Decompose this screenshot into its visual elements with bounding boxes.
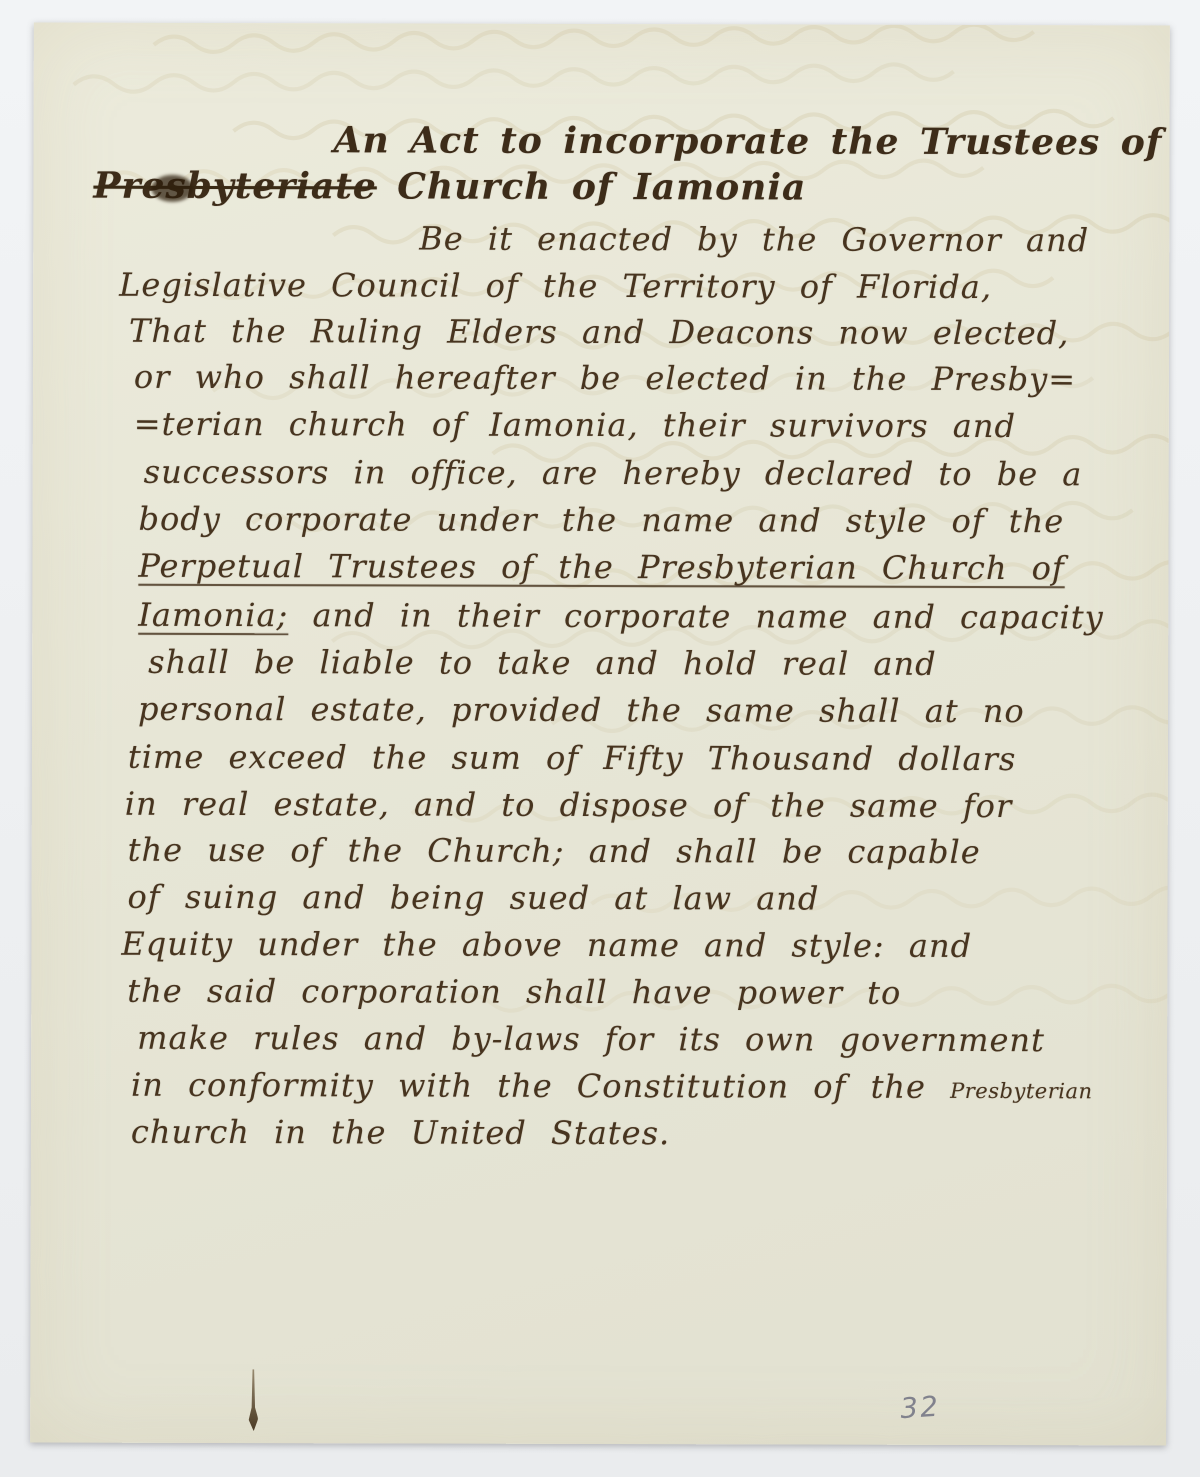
text-segment: make rules and by-laws for its own gover… (137, 1019, 1045, 1059)
manuscript-line: personal estate, provided the same shall… (138, 690, 1025, 730)
manuscript-line: That the Ruling Elders and Deacons now e… (129, 312, 1069, 352)
manuscript-line: time exceed the sum of Fifty Thousand do… (128, 738, 1016, 778)
manuscript-line: the said corporation shall have power to (127, 972, 901, 1012)
manuscript-line: in conformity with the Constitution of t… (131, 1066, 1093, 1107)
text-segment: body corporate under the name and style … (139, 500, 1065, 540)
text-segment: time exceed the sum of Fifty Thousand do… (128, 738, 1016, 778)
text-segment: An Act to incorporate the Trustees of th… (333, 119, 1169, 163)
text-segment: That the Ruling Elders and Deacons now e… (129, 312, 1069, 352)
text-segment: Church of Iamonia (377, 165, 807, 208)
text-segment: the use of the Church; and shall be capa… (128, 831, 981, 871)
manuscript-line: Iamonia; and in their corporate name and… (138, 596, 1103, 637)
manuscript-line: =terian church of Iamonia, their survivo… (134, 405, 1016, 445)
manuscript-line: Legislative Council of the Territory of … (119, 266, 992, 306)
manuscript-text-layer: An Act to incorporate the Trustees of th… (30, 23, 1170, 1446)
text-segment: Equity under the above name and style: a… (121, 925, 972, 965)
text-segment: shall be liable to take and hold real an… (148, 643, 937, 683)
manuscript-line: shall be liable to take and hold real an… (148, 643, 937, 683)
manuscript-line: body corporate under the name and style … (139, 500, 1065, 540)
text-segment: and in their corporate name and capacity (288, 596, 1103, 636)
document-page: An Act to incorporate the Trustees of th… (30, 23, 1170, 1446)
text-segment: =terian church of Iamonia, their survivo… (134, 405, 1016, 445)
ink-blot (151, 175, 193, 202)
text-segment: or who shall hereafter be elected in the… (134, 358, 1076, 398)
text-segment: Presbyterian (950, 1079, 1092, 1103)
text-segment: in conformity with the Constitution of t… (131, 1066, 950, 1106)
pencil-page-number: 32 (899, 1390, 941, 1426)
text-segment: Legislative Council of the Territory of … (119, 266, 992, 306)
manuscript-line: Perpetual Trustees of the Presbyterian C… (138, 547, 1064, 587)
manuscript-line: of suing and being sued at law and (128, 878, 820, 918)
manuscript-line: or who shall hereafter be elected in the… (134, 358, 1076, 398)
text-segment: the said corporation shall have power to (127, 972, 901, 1012)
text-segment: church in the United States. (131, 1113, 670, 1152)
manuscript-line: An Act to incorporate the Trustees of th… (333, 119, 1169, 163)
text-segment: in real estate, and to dispose of the sa… (125, 785, 1013, 825)
manuscript-line: make rules and by-laws for its own gover… (137, 1019, 1045, 1059)
underlined-text: Perpetual Trustees of the Presbyterian C… (138, 547, 1064, 587)
manuscript-line: Be it enacted by the Governor and (419, 220, 1089, 260)
manuscript-line: Presbyteriate Church of Iamonia (93, 165, 806, 209)
struck-out-text: Presbyteriate (93, 165, 376, 208)
text-segment: successors in office, are hereby declare… (144, 453, 1083, 493)
text-segment: Be it enacted by the Governor and (419, 220, 1089, 260)
manuscript-line: church in the United States. (131, 1113, 670, 1152)
underlined-text: Iamonia; (138, 596, 288, 634)
manuscript-line: successors in office, are hereby declare… (144, 453, 1083, 493)
text-segment: of suing and being sued at law and (128, 878, 820, 918)
manuscript-line: the use of the Church; and shall be capa… (128, 831, 981, 871)
manuscript-line: in real estate, and to dispose of the sa… (125, 785, 1013, 825)
manuscript-line: Equity under the above name and style: a… (121, 925, 972, 965)
text-segment: personal estate, provided the same shall… (138, 690, 1025, 730)
